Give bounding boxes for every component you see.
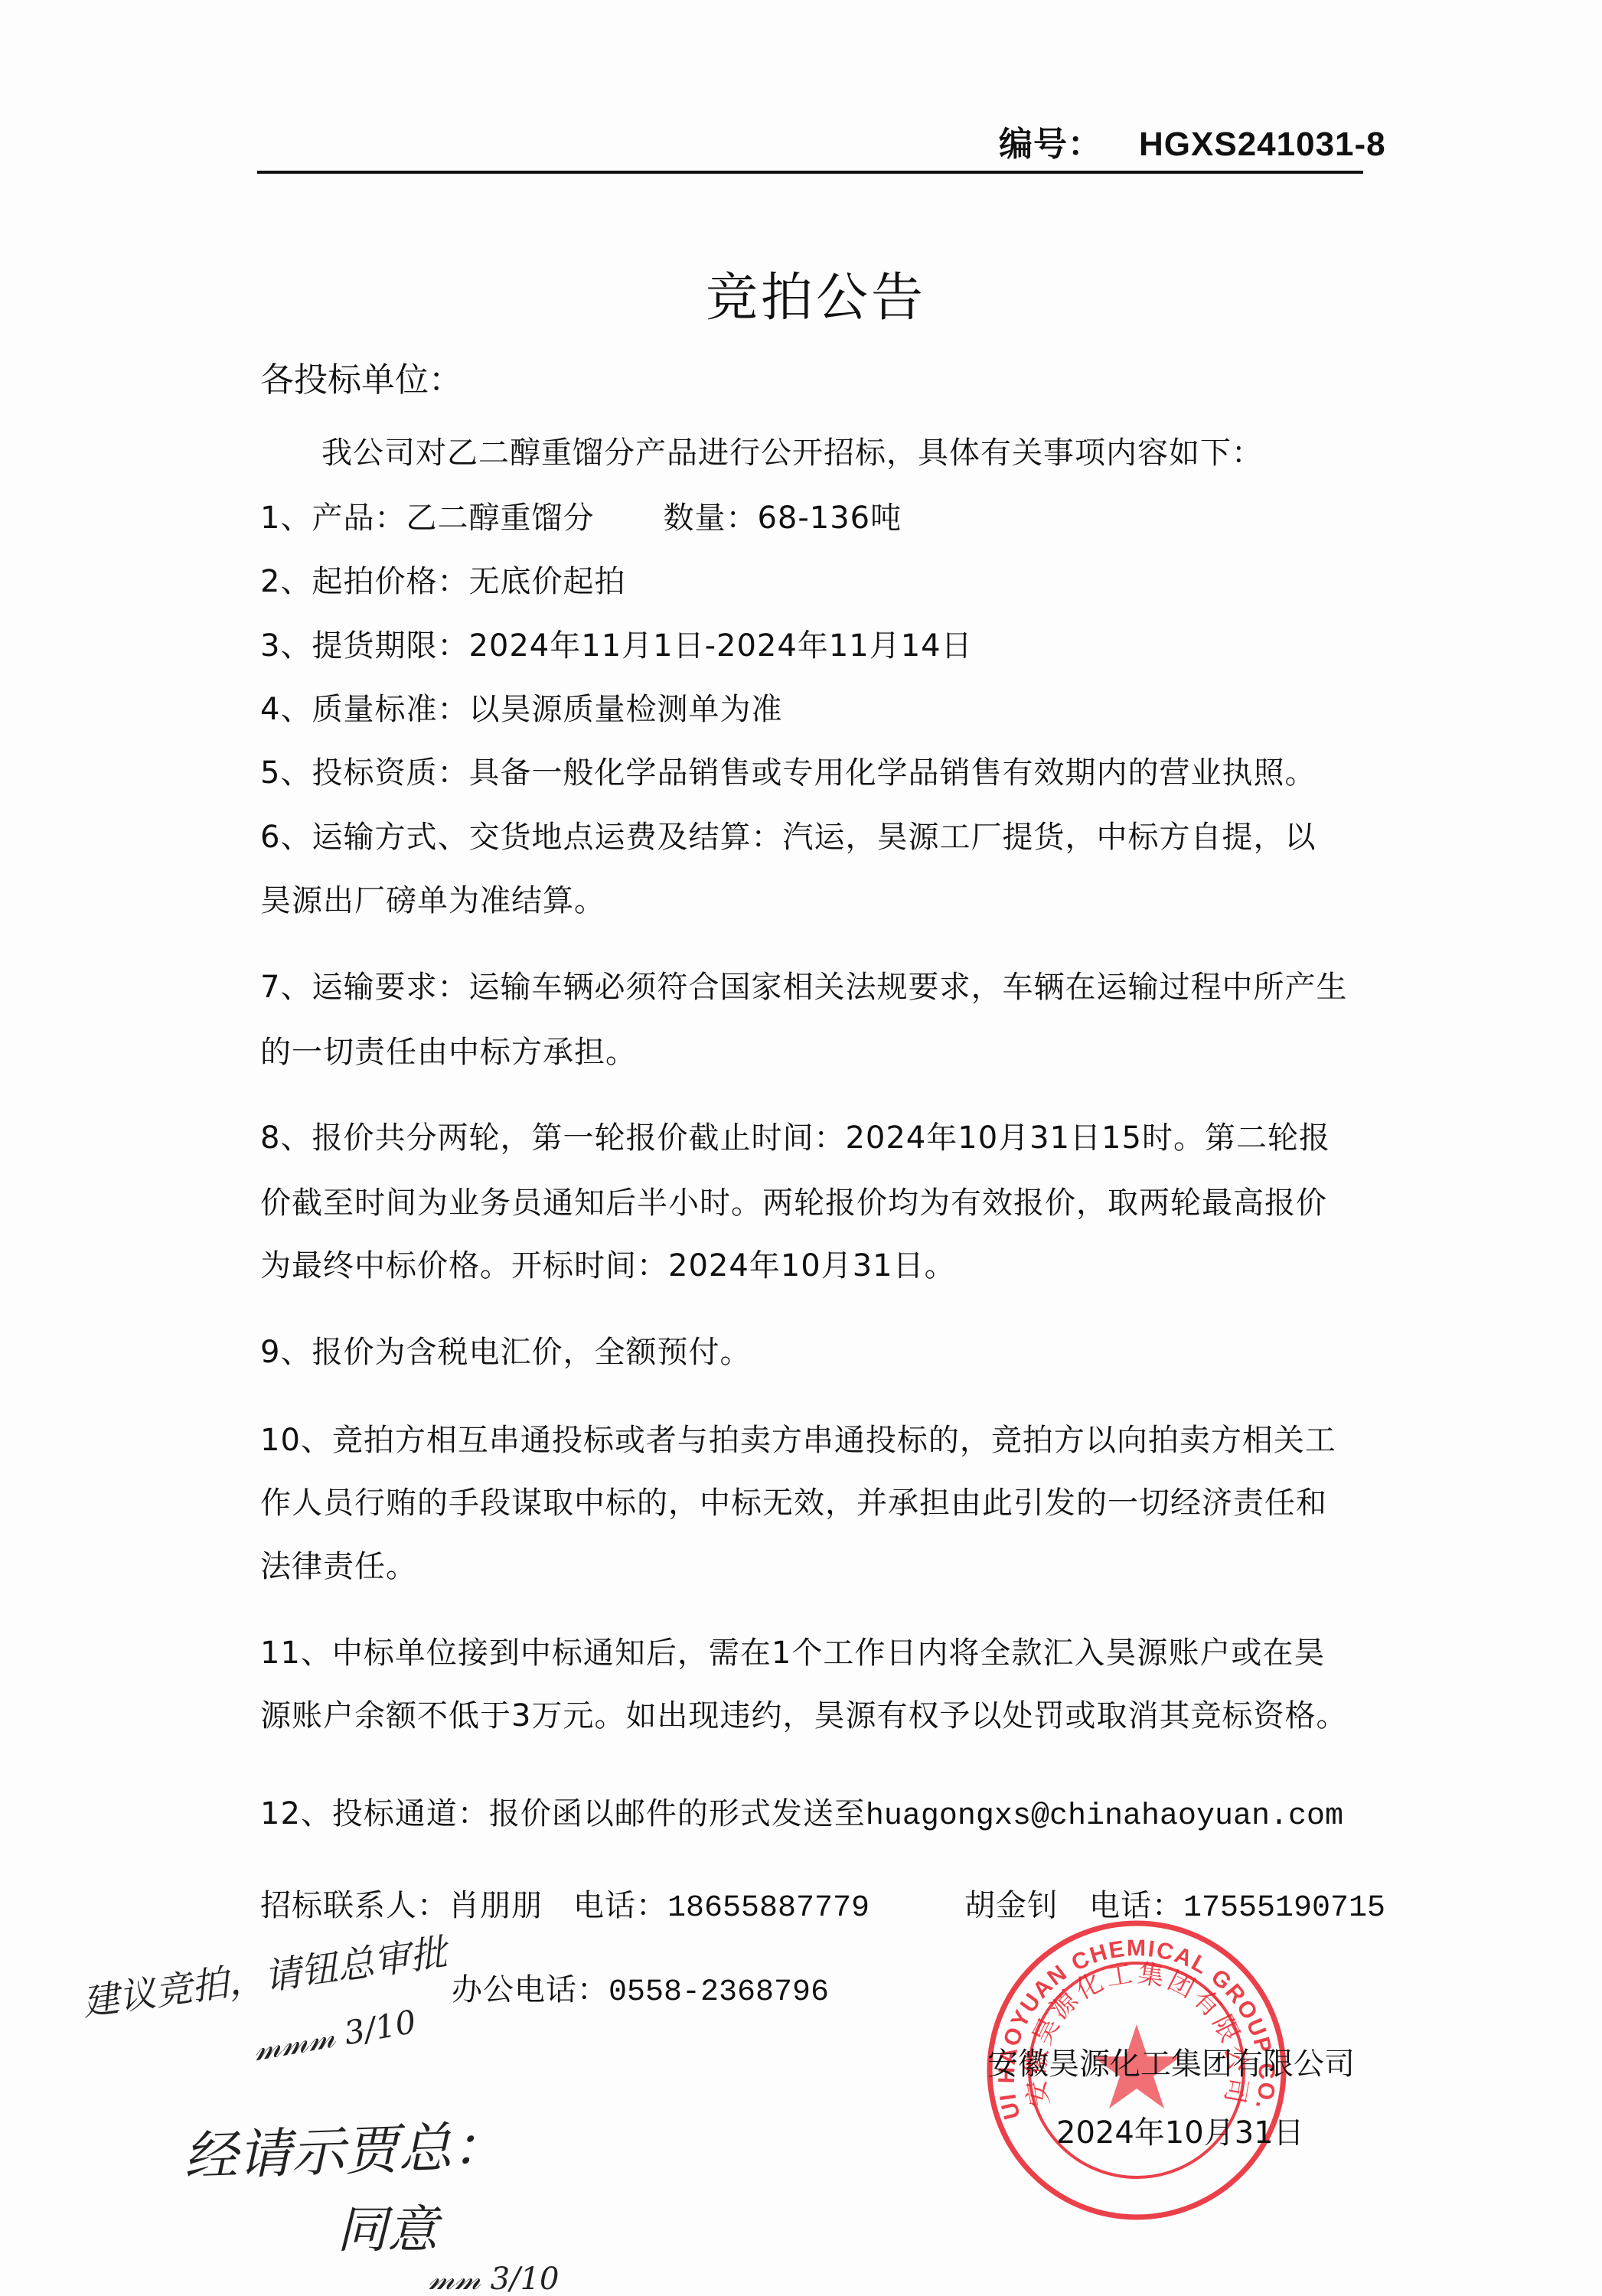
item-2: 2、起拍价格：无底价起拍: [260, 557, 625, 601]
handwritten-date-2: 3/10: [491, 2262, 560, 2296]
handwritten-note-3: 同意: [337, 2189, 438, 2262]
item-1-quantity: 数量：68-136吨: [663, 501, 902, 536]
handwritten-signature-1: 𝓂𝓂𝓂 3/10: [250, 2003, 419, 2069]
item-7-line-2: 的一切责任由中标方承担。: [260, 1028, 637, 1071]
contact-line-1: 招标联系人：肖朋朋电话：18655887779: [260, 1881, 870, 1926]
item-10-line-3: 法律责任。: [260, 1542, 417, 1586]
item-9: 9、报价为含税电汇价，全额预付。: [260, 1328, 751, 1371]
document-number-label: 编号：: [999, 125, 1102, 164]
handwritten-signature-2: 𝓂𝓂 3/10: [429, 2262, 559, 2296]
header-rule: [257, 171, 1363, 174]
item-11-line-1: 11、中标单位接到中标通知后，需在1个工作日内将全款汇入昊源账户或在昊: [260, 1629, 1325, 1672]
office-phone-line: 办公电话：0558-2368796: [452, 1965, 829, 2010]
signature-scribble-2: 𝓂𝓂: [429, 2262, 481, 2296]
document-number-value: HGXS241031-8: [1139, 126, 1386, 163]
item-11-line-2: 源账户余额不低于3万元。如出现违约，昊源有权予以处罚或取消其竞标资格。: [260, 1691, 1347, 1735]
item-8-line-1: 8、报价共分两轮，第一轮报价截止时间：2024年10月31日15时。第二轮报: [260, 1114, 1330, 1157]
page-title: 竞拍公告: [706, 256, 926, 331]
item-6-line-2: 昊源出厂磅单为准结算。: [260, 876, 605, 920]
intro-paragraph: 我公司对乙二醇重馏分产品进行公开招标，具体有关事项内容如下：: [321, 429, 1263, 472]
item-6-line-1: 6、运输方式、交货地点运费及结算：汽运，昊源工厂提货，中标方自提，以: [260, 813, 1316, 856]
item-10-line-1: 10、竞拍方相互串通投标或者与拍卖方串通投标的，竞拍方以向拍卖方相关工: [260, 1416, 1336, 1459]
item-1-product: 1、产品：乙二醇重馏分: [260, 501, 594, 536]
handwritten-note-2: 经请示贾总：: [182, 2103, 506, 2192]
item-1: 1、产品：乙二醇重馏分数量：68-136吨: [260, 494, 902, 537]
contact-label: 招标联系人：: [260, 1888, 449, 1923]
handwritten-date-1: 3/10: [341, 2003, 419, 2053]
issuer-company: 安徽昊源化工集团有限公司: [987, 2040, 1355, 2083]
item-8-line-2: 价截至时间为业务员通知后半小时。两轮报价均为有效报价，取两轮最高报价: [260, 1179, 1327, 1222]
item-12-label: 12、投标通道：报价函以邮件的形式发送至: [260, 1796, 866, 1831]
phone-label-1: 电话：: [573, 1888, 667, 1923]
contact-person-1: 肖朋朋: [449, 1888, 543, 1923]
contact-phone-1: 18655887779: [667, 1891, 870, 1926]
item-12: 12、投标通道：报价函以邮件的形式发送至huagongxs@chinahaoyu…: [260, 1789, 1343, 1834]
signature-scribble-1: 𝓂𝓂𝓂: [250, 2017, 338, 2068]
salutation: 各投标单位：: [260, 352, 462, 401]
item-10-line-2: 作人员行贿的手段谋取中标的，中标无效，并承担由此引发的一切经济责任和: [260, 1479, 1327, 1522]
office-phone: 0558-2368796: [608, 1975, 829, 2010]
item-5: 5、投标资质：具备一般化学品销售或专用化学品销售有效期内的营业执照。: [260, 748, 1316, 792]
item-3: 3、提货期限：2024年11月1日-2024年11月14日: [260, 621, 973, 665]
issue-date: 2024年10月31日: [1056, 2108, 1304, 2152]
item-4: 4、质量标准：以昊源质量检测单为准: [260, 685, 782, 729]
item-7-line-1: 7、运输要求：运输车辆必须符合国家相关法规要求，车辆在运输过程中所产生: [260, 963, 1347, 1006]
bid-email-link[interactable]: huagongxs@chinahaoyuan.com: [866, 1799, 1343, 1834]
document-number: 编号：HGXS241031-8: [999, 116, 1386, 165]
office-phone-label: 办公电话：: [452, 1972, 608, 2007]
item-8-line-3: 为最终中标价格。开标时间：2024年10月31日。: [260, 1241, 956, 1285]
